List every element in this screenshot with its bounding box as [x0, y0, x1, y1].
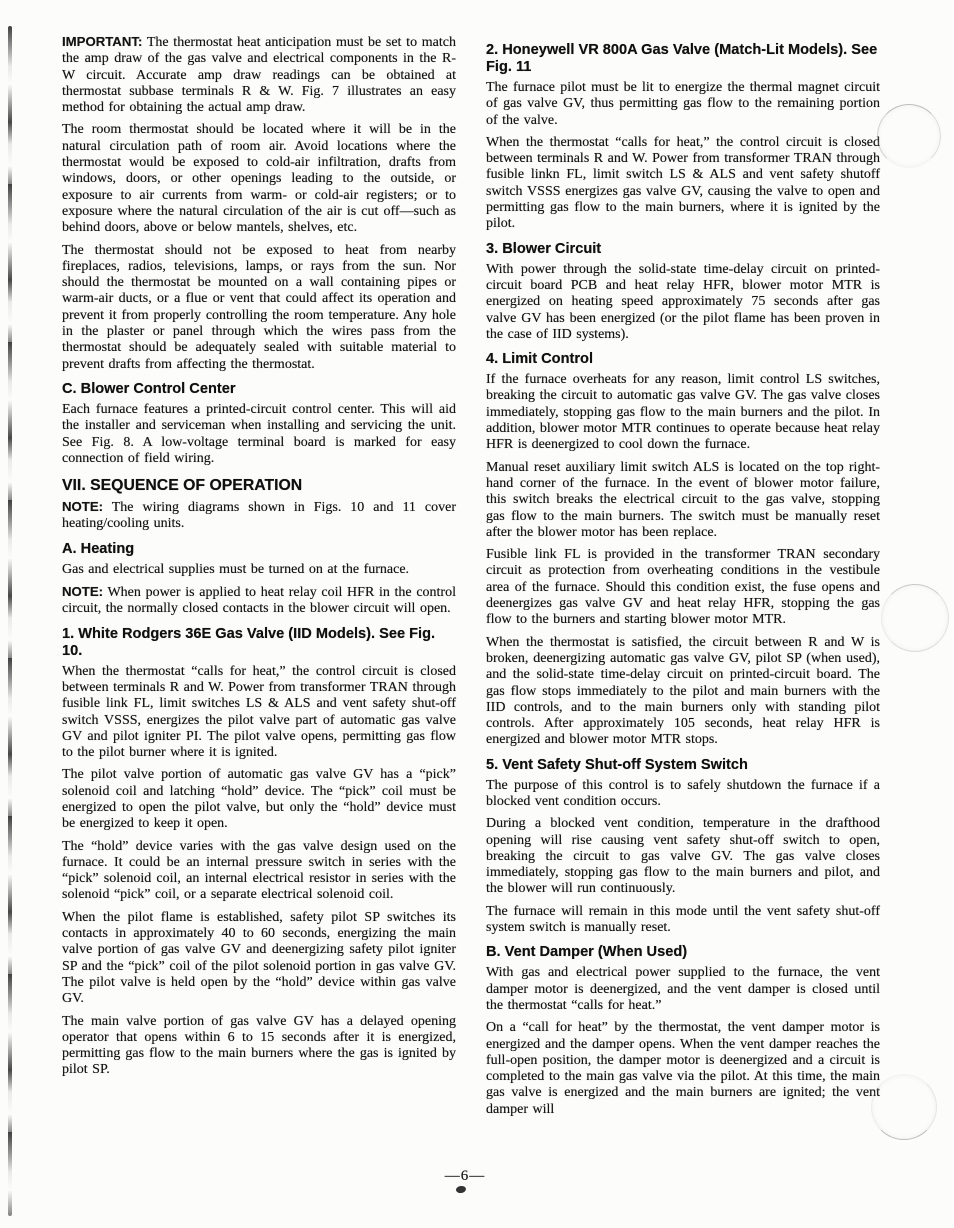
two-column-text-area: IMPORTANT: The thermostat heat anticipat… [62, 34, 880, 1124]
paragraph: With power through the solid-state time-… [486, 262, 880, 343]
section-heading: C. Blower Control Center [62, 381, 456, 398]
paragraph-label: IMPORTANT: [62, 34, 142, 49]
section-heading: 4. Limit Control [486, 351, 880, 368]
paragraph: When the pilot flame is established, saf… [62, 910, 456, 1008]
section-heading: 1. White Rodgers 36E Gas Valve (IID Mode… [62, 626, 456, 660]
paragraph: The main valve portion of gas valve GV h… [62, 1014, 456, 1079]
page-number: —6— [385, 1168, 545, 1185]
paragraph: The “hold” device varies with the gas va… [62, 839, 456, 904]
section-heading: VII. SEQUENCE OF OPERATION [62, 477, 456, 494]
paragraph: The furnace pilot must be lit to energiz… [486, 80, 880, 129]
scan-circle-artifact-bottom [871, 1074, 937, 1140]
paragraph: NOTE: The wiring diagrams shown in Figs.… [62, 499, 456, 533]
paragraph-label: NOTE: [62, 499, 103, 514]
paragraph: NOTE: When power is applied to heat rela… [62, 584, 456, 618]
scan-circle-artifact-middle [881, 584, 949, 652]
section-heading: A. Heating [62, 541, 456, 558]
right-column: 2. Honeywell VR 800A Gas Valve (Match-Li… [486, 34, 880, 1124]
paragraph: The thermostat should not be exposed to … [62, 243, 456, 373]
paragraph: Fusible link FL is provided in the trans… [486, 547, 880, 628]
paragraph: The pilot valve portion of automatic gas… [62, 767, 456, 832]
paragraph: During a blocked vent condition, tempera… [486, 816, 880, 897]
paragraph: Each furnace features a printed-circuit … [62, 402, 456, 467]
paragraph-label: NOTE: [62, 584, 103, 599]
paragraph: When the thermostat is satisfied, the ci… [486, 635, 880, 749]
section-heading: 2. Honeywell VR 800A Gas Valve (Match-Li… [486, 42, 880, 76]
section-heading: B. Vent Damper (When Used) [486, 944, 880, 961]
scan-circle-artifact-top [877, 104, 941, 168]
paragraph: With gas and electrical power supplied t… [486, 965, 880, 1014]
scan-smudge-artifact [456, 1185, 467, 1193]
section-heading: 5. Vent Safety Shut-off System Switch [486, 757, 880, 774]
paragraph: The purpose of this control is to safely… [486, 778, 880, 811]
scanned-manual-page: IMPORTANT: The thermostat heat anticipat… [0, 0, 954, 1228]
paragraph: Manual reset auxiliary limit switch ALS … [486, 460, 880, 541]
paragraph: IMPORTANT: The thermostat heat anticipat… [62, 34, 456, 116]
paragraph: When the thermostat “calls for heat,” th… [62, 664, 456, 762]
scan-binding-artifact [8, 26, 12, 1216]
paragraph: Gas and electrical supplies must be turn… [62, 562, 456, 578]
left-column: IMPORTANT: The thermostat heat anticipat… [62, 34, 456, 1124]
paragraph: The room thermostat should be located wh… [62, 122, 456, 236]
section-heading: 3. Blower Circuit [486, 241, 880, 258]
paragraph: On a “call for heat” by the thermostat, … [486, 1020, 880, 1118]
paragraph: The furnace will remain in this mode unt… [486, 904, 880, 937]
paragraph: When the thermostat “calls for heat,” th… [486, 135, 880, 233]
paragraph: If the furnace overheats for any reason,… [486, 372, 880, 453]
